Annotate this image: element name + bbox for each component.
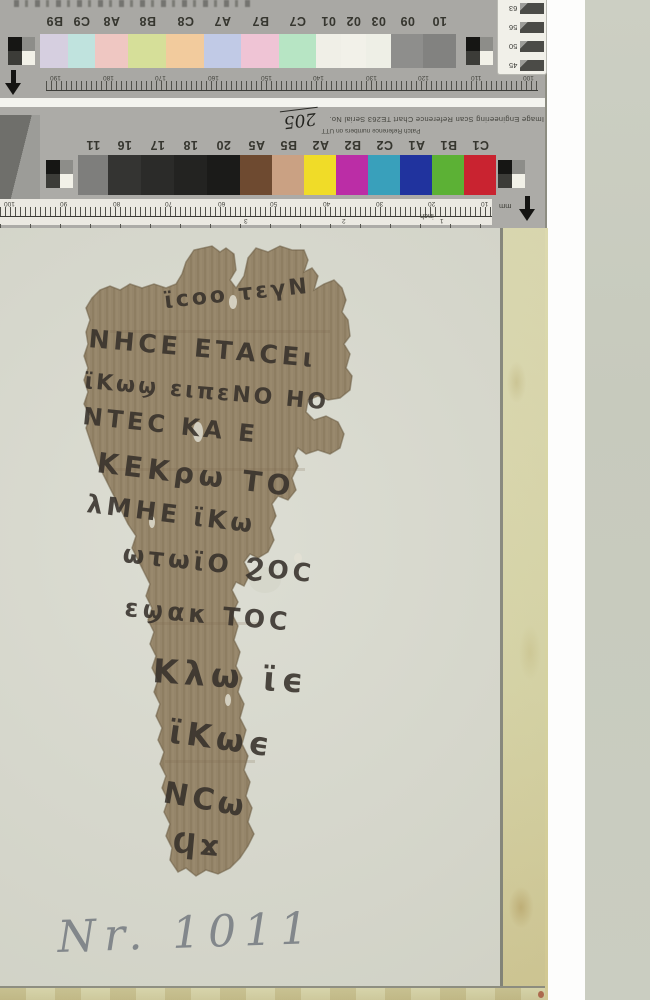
resolution-panel: 63 56 50 45 bbox=[497, 0, 547, 75]
color-patch bbox=[207, 155, 240, 195]
color-patch bbox=[241, 34, 279, 68]
down-arrow-icon bbox=[519, 196, 535, 221]
patch-label: 18 bbox=[183, 138, 198, 152]
patch-label: A5 bbox=[248, 138, 265, 152]
patch-label: B1 bbox=[440, 138, 457, 152]
color-patch bbox=[400, 155, 432, 195]
cut-off-edge-text bbox=[14, 0, 252, 7]
resolution-number: 45 bbox=[509, 61, 517, 70]
chart2-label-row: 11 16 17 18 20 A5 B5 A2 B2 C2 A1 B1 C1 bbox=[78, 135, 496, 155]
resolution-patch bbox=[520, 22, 544, 33]
patch-label: 09 bbox=[400, 14, 415, 28]
scan-page: B9 C9 A8 B8 C8 A7 B7 C7 01 02 03 09 10 bbox=[0, 0, 650, 1000]
patch-label: 03 bbox=[371, 14, 386, 28]
patch-label: 02 bbox=[346, 14, 361, 28]
color-patch bbox=[464, 155, 496, 195]
patch-label: B5 bbox=[280, 138, 297, 152]
patch-label: A8 bbox=[103, 14, 120, 28]
mm-ruler-top: 190180 170160 150140 130120 110100 bbox=[46, 74, 538, 91]
inch-label: inch bbox=[420, 212, 434, 221]
checker-patch bbox=[498, 160, 525, 188]
patch-label: C8 bbox=[177, 14, 194, 28]
resolution-patch bbox=[520, 3, 544, 14]
inventory-number: Nr. 1011 bbox=[56, 903, 317, 963]
color-patch bbox=[40, 34, 68, 68]
color-patch bbox=[95, 34, 128, 68]
chart1-patch-row bbox=[40, 34, 456, 68]
tape-edge-vertical bbox=[500, 228, 548, 1000]
tape-stain bbox=[538, 991, 544, 998]
resolution-patch bbox=[520, 41, 544, 52]
chart2-patch-row bbox=[78, 155, 496, 195]
color-patch bbox=[432, 155, 464, 195]
patch-label: B2 bbox=[344, 138, 361, 152]
papyrus-fragment: ϊϲοο τεγΝ ΝΗϹΕ ΕΤΑϹΕι ϊΚωϣ ειπεΝΟ ΗΟ ΝΤΕ… bbox=[35, 235, 415, 980]
color-patch bbox=[366, 34, 391, 68]
color-patch bbox=[316, 34, 341, 68]
color-patch bbox=[141, 155, 174, 195]
resolution-number: 63 bbox=[509, 4, 517, 13]
resolution-number: 50 bbox=[509, 42, 517, 51]
patch-label: B8 bbox=[139, 14, 156, 28]
color-patch bbox=[78, 155, 108, 195]
color-patch bbox=[166, 34, 204, 68]
checker-patch bbox=[466, 37, 493, 65]
color-patch bbox=[108, 155, 141, 195]
patch-label: 16 bbox=[117, 138, 132, 152]
resolution-number: 56 bbox=[509, 23, 517, 32]
color-patch bbox=[68, 34, 95, 68]
chart-maker-text: Image Engineering Scan Reference Chart T… bbox=[329, 116, 544, 125]
color-patch bbox=[279, 34, 316, 68]
chart-gap bbox=[0, 98, 545, 107]
color-patch bbox=[272, 155, 304, 195]
checker-patch bbox=[8, 37, 35, 65]
patch-label: C9 bbox=[73, 14, 90, 28]
color-patch bbox=[304, 155, 336, 195]
mm-label: mm bbox=[499, 202, 512, 211]
right-scan-strip bbox=[585, 0, 650, 1000]
photograph-area: B9 C9 A8 B8 C8 A7 B7 C7 01 02 03 09 10 bbox=[0, 0, 547, 1000]
two-tone-gray-patch bbox=[0, 115, 40, 199]
down-arrow-icon bbox=[5, 70, 21, 95]
patch-label: B9 bbox=[46, 14, 63, 28]
svg-text:Ϥϫ: Ϥϫ bbox=[171, 826, 224, 863]
color-patch bbox=[423, 34, 456, 68]
resolution-patch bbox=[520, 60, 544, 71]
patch-label: 10 bbox=[432, 14, 447, 28]
color-patch bbox=[174, 155, 207, 195]
patch-label: 11 bbox=[86, 138, 100, 152]
calibration-chart-top: B9 C9 A8 B8 C8 A7 B7 C7 01 02 03 09 10 bbox=[0, 0, 545, 98]
color-patch bbox=[341, 34, 366, 68]
patch-label: 20 bbox=[216, 138, 231, 152]
color-patch bbox=[240, 155, 272, 195]
tape-edge-bottom bbox=[0, 986, 545, 1000]
color-patch bbox=[391, 34, 423, 68]
patch-label: A1 bbox=[408, 138, 425, 152]
patch-label: C1 bbox=[472, 138, 489, 152]
color-patch bbox=[368, 155, 400, 195]
patch-label: B7 bbox=[252, 14, 269, 28]
mm-inch-ruler: 10090 8070 6050 4030 2010 32 1 inch bbox=[0, 199, 492, 225]
patch-label: 01 bbox=[321, 14, 336, 28]
patch-label: C7 bbox=[289, 14, 306, 28]
color-patch bbox=[336, 155, 368, 195]
color-patch bbox=[128, 34, 166, 68]
patch-label: A7 bbox=[214, 14, 231, 28]
checker-patch bbox=[46, 160, 73, 188]
calibration-chart-bottom: Image Engineering Scan Reference Chart T… bbox=[0, 107, 545, 228]
chart1-label-row: B9 C9 A8 B8 C8 A7 B7 C7 01 02 03 09 10 bbox=[40, 11, 456, 31]
patch-label: C2 bbox=[376, 138, 393, 152]
patch-note-text: Patch Reference numbers on UTT bbox=[303, 127, 439, 134]
patch-label: 17 bbox=[150, 138, 165, 152]
color-patch bbox=[204, 34, 241, 68]
patch-label: A2 bbox=[312, 138, 329, 152]
